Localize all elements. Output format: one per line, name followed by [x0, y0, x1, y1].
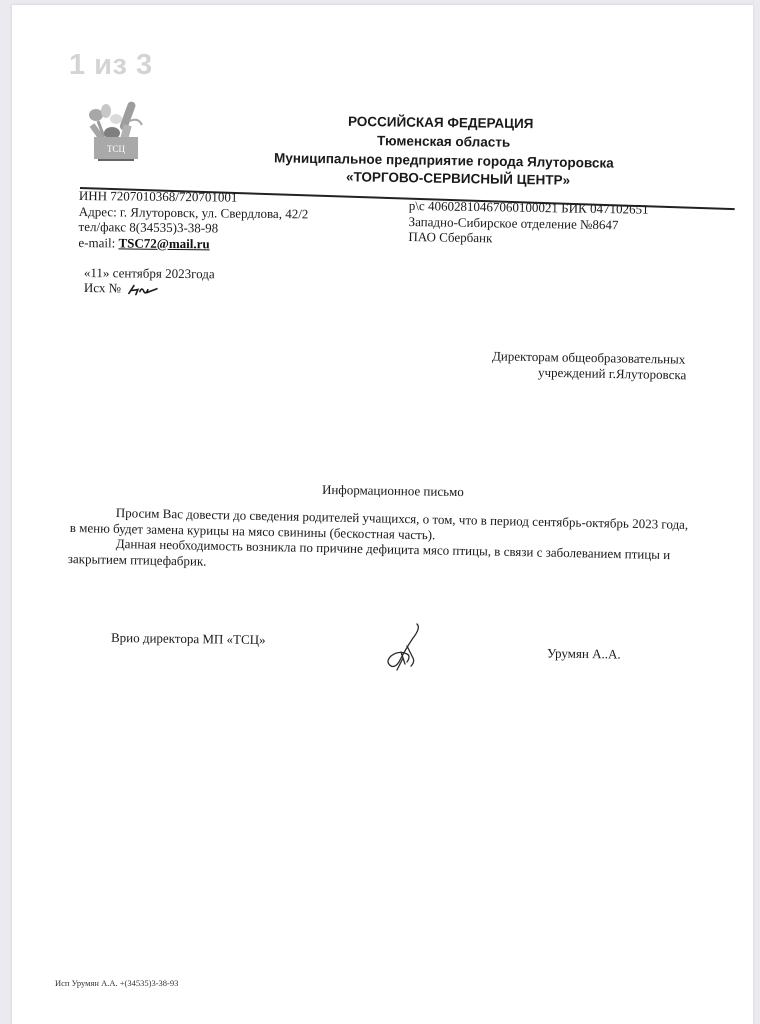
- email-label: e-mail:: [78, 234, 118, 249]
- page-counter: 1 из 3: [69, 49, 153, 82]
- letter-title: Информационное письмо: [322, 482, 464, 500]
- paragraph-2-line-2: закрытием птицефабрик.: [68, 551, 207, 570]
- addressee-line-2: учреждений г.Ялуторовска: [538, 365, 687, 384]
- viewer-edge: [753, 0, 754, 1024]
- header-company-name: «ТОРГОВО-СЕРВИСНЫЙ ЦЕНТР»: [346, 169, 570, 188]
- requisites-left: ИНН 7207010368/720701001 Адрес: г. Ялуто…: [78, 188, 308, 252]
- inn: ИНН 7207010368/720701001: [79, 188, 309, 206]
- logo-label: ТСЦ: [107, 144, 126, 154]
- executor-contact: Исп Урумян А.А. +(34535)3-38-93: [55, 978, 178, 988]
- header-region: Тюменская область: [377, 133, 510, 150]
- header-country: РОССИЙСКАЯ ФЕДЕРАЦИЯ: [348, 114, 534, 131]
- handwritten-signature-icon: [377, 622, 427, 676]
- requisites-right: р\с 40602810467060100021 БИК 047102651 З…: [408, 198, 648, 248]
- header-enterprise: Муниципальное предприятие города Ялуторо…: [274, 150, 614, 170]
- email-link[interactable]: TSC72@mail.ru: [118, 235, 209, 251]
- tsc-logo-icon: ТСЦ: [84, 95, 146, 163]
- email-row: e-mail: TSC72@mail.ru: [78, 234, 308, 252]
- handwritten-ref-number-icon: [128, 283, 158, 295]
- signatory-position: Врио директора МП «ТСЦ»: [111, 630, 266, 648]
- ref-label: Исх №: [84, 280, 121, 295]
- signatory-name: Урумян А..А.: [547, 645, 621, 662]
- document-page: 1 из 3 ТСЦ РОССИЙСКАЯ ФЕДЕРАЦИЯ Тюменска…: [12, 5, 753, 1024]
- outgoing-ref: Исх №: [84, 280, 159, 297]
